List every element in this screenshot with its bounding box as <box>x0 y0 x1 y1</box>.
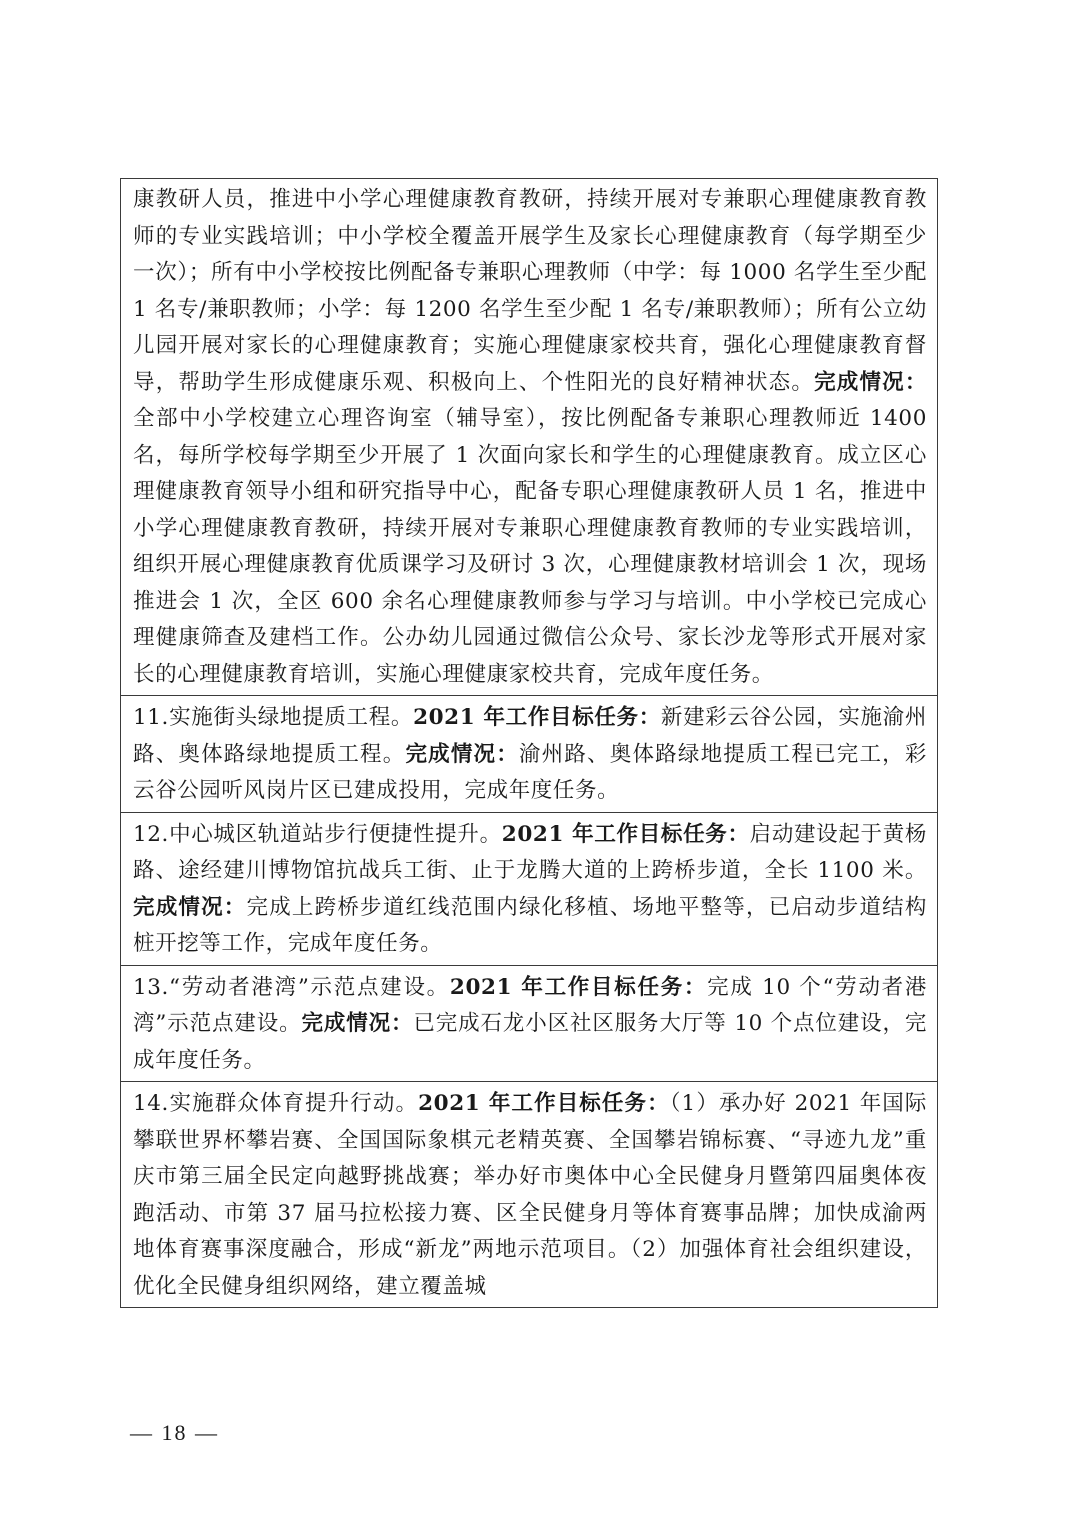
status-label: 完成情况： <box>133 895 247 920</box>
table-row: 14.实施群众体育提升行动。2021 年工作目标任务：（1）承办好 2021 年… <box>121 1081 937 1307</box>
status-text: 完成上跨桥步道红线范围内绿化移植、场地平整等，已启动步道结构桩开挖等工作，完成年… <box>133 895 927 957</box>
goal-label: 2021 年工作目标任务： <box>502 822 750 847</box>
table-row: 12.中心城区轨道站步行便捷性提升。2021 年工作目标任务：启动建设起于黄杨路… <box>121 812 937 965</box>
item-title: 12.中心城区轨道站步行便捷性提升。 <box>133 822 502 847</box>
goal-label: 2021 年工作目标任务： <box>450 975 707 1000</box>
table-row: 13.“劳动者港湾”示范点建设。2021 年工作目标任务：完成 10 个“劳动者… <box>121 965 937 1082</box>
item-title: 13.“劳动者港湾”示范点建设。 <box>133 975 450 1000</box>
status-label: 完成情况： <box>405 742 519 767</box>
row-intro-text: 康教研人员，推进中小学心理健康教育教研，持续开展对专兼职心理健康教育教师的专业实… <box>133 187 927 395</box>
status-label: 完成情况： <box>814 370 927 395</box>
item-title: 11.实施街头绿地提质工程。 <box>133 705 413 730</box>
status-text: 全部中小学校建立心理咨询室（辅导室），按比例配备专兼职心理教师近 1400 名，… <box>133 406 927 687</box>
table-row: 11.实施街头绿地提质工程。2021 年工作目标任务：新建彩云谷公园，实施渝州路… <box>121 695 937 812</box>
content-table: 康教研人员，推进中小学心理健康教育教研，持续开展对专兼职心理健康教育教师的专业实… <box>120 178 938 1308</box>
goal-label: 2021 年工作目标任务： <box>418 1091 670 1116</box>
table-row: 康教研人员，推进中小学心理健康教育教研，持续开展对专兼职心理健康教育教师的专业实… <box>121 179 937 695</box>
goal-text: （1）承办好 2021 年国际攀联世界杯攀岩赛、全国国际象棋元老精英赛、全国攀岩… <box>133 1091 927 1299</box>
item-title: 14.实施群众体育提升行动。 <box>133 1091 418 1116</box>
goal-label: 2021 年工作目标任务： <box>413 705 661 730</box>
status-label: 完成情况： <box>302 1011 414 1036</box>
page-number: — 18 — <box>130 1420 219 1446</box>
